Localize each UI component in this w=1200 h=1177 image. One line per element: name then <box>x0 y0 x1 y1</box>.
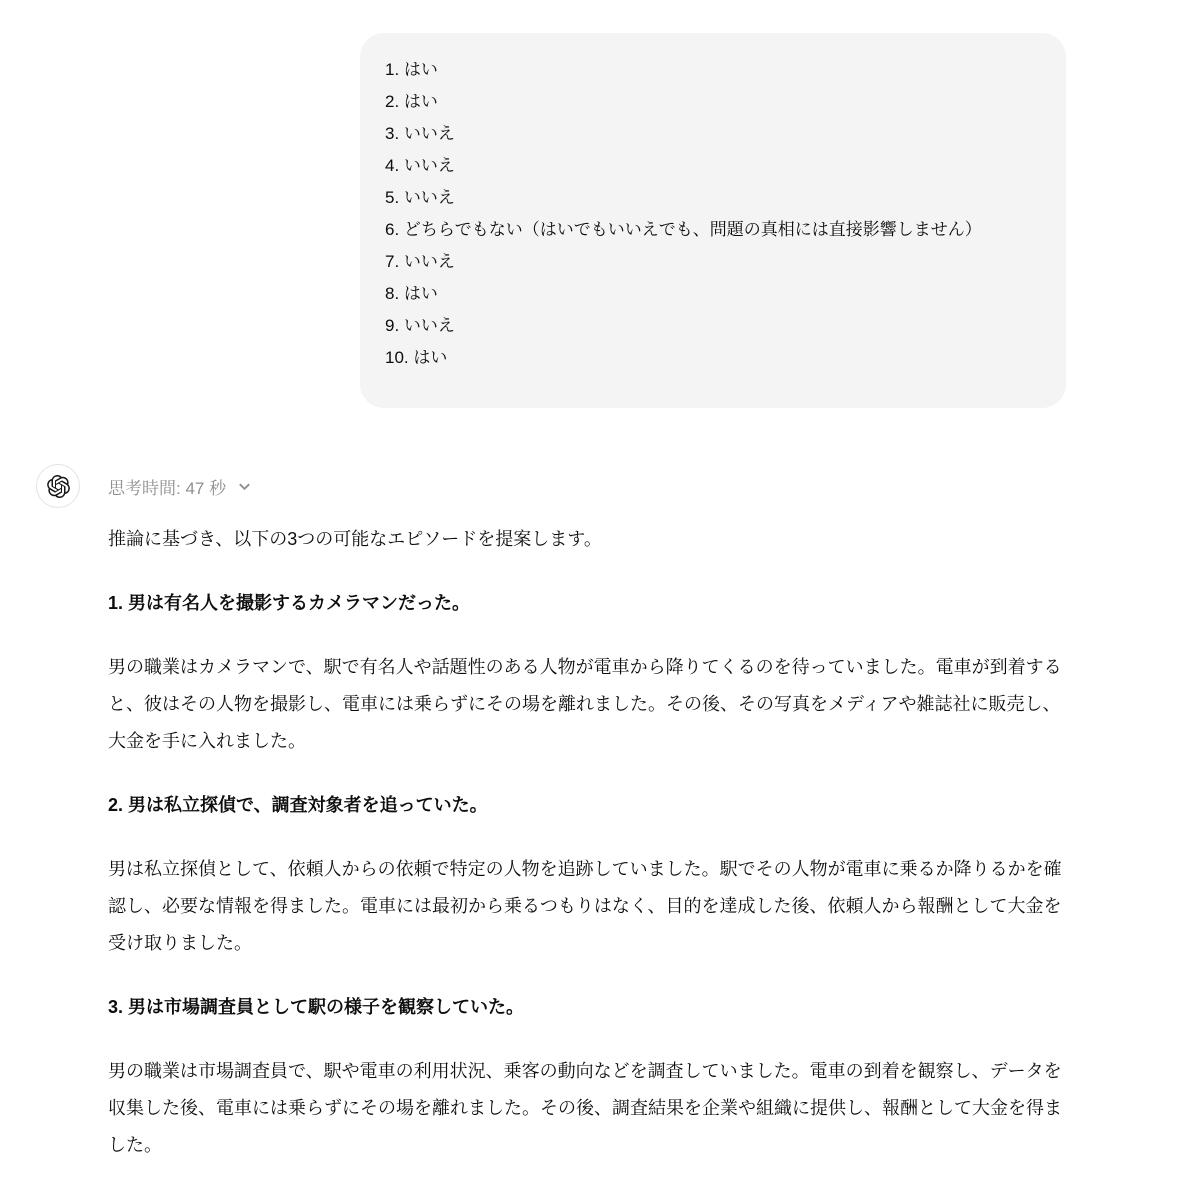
assistant-avatar <box>36 464 80 508</box>
user-answer-10: 10. はい <box>385 342 1041 374</box>
episode-3-heading: 3. 男は市場調査員として駅の様子を観察していた。 <box>108 989 1075 1026</box>
user-answer-3: 3. いいえ <box>385 118 1041 150</box>
user-answer-8: 8. はい <box>385 278 1041 310</box>
user-message-bubble: 1. はい 2. はい 3. いいえ 4. いいえ 5. いいえ 6. どちらで… <box>360 33 1066 408</box>
user-answer-6: 6. どちらでもない（はいでもいいえでも、問題の真相には直接影響しません） <box>385 214 1041 246</box>
chevron-down-icon <box>237 479 252 494</box>
user-answer-4: 4. いいえ <box>385 150 1041 182</box>
chat-thread: 1. はい 2. はい 3. いいえ 4. いいえ 5. いいえ 6. どちらで… <box>0 0 1200 1164</box>
user-answer-9: 9. いいえ <box>385 310 1041 342</box>
assistant-intro: 推論に基づき、以下の3つの可能なエピソードを提案します。 <box>108 521 1075 558</box>
user-answer-1: 1. はい <box>385 54 1041 86</box>
user-answer-7: 7. いいえ <box>385 246 1041 278</box>
episode-2-body: 男は私立探偵として、依頼人からの依頼で特定の人物を追跡していました。駅でその人物… <box>108 851 1075 962</box>
user-message-row: 1. はい 2. はい 3. いいえ 4. いいえ 5. いいえ 6. どちらで… <box>0 0 1200 408</box>
assistant-header-row: 思考時間: 47 秒 <box>36 464 1075 508</box>
episode-1-body: 男の職業はカメラマンで、駅で有名人や話題性のある人物が電車から降りてくるのを待っ… <box>108 649 1075 760</box>
thinking-time-label: 思考時間: 47 秒 <box>108 474 226 499</box>
episode-1-heading: 1. 男は有名人を撮影するカメラマンだった。 <box>108 585 1075 622</box>
openai-logo-icon <box>47 475 70 498</box>
episode-2-heading: 2. 男は私立探偵で、調査対象者を追っていた。 <box>108 787 1075 824</box>
user-answer-2: 2. はい <box>385 86 1041 118</box>
assistant-message: 思考時間: 47 秒 推論に基づき、以下の3つの可能なエピソードを提案します。 … <box>0 464 1200 1164</box>
assistant-message-body: 推論に基づき、以下の3つの可能なエピソードを提案します。 1. 男は有名人を撮影… <box>108 521 1075 1164</box>
thinking-time-toggle[interactable]: 思考時間: 47 秒 <box>108 474 252 499</box>
user-answer-5: 5. いいえ <box>385 182 1041 214</box>
episode-3-body: 男の職業は市場調査員で、駅や電車の利用状況、乗客の動向などを調査していました。電… <box>108 1053 1075 1164</box>
